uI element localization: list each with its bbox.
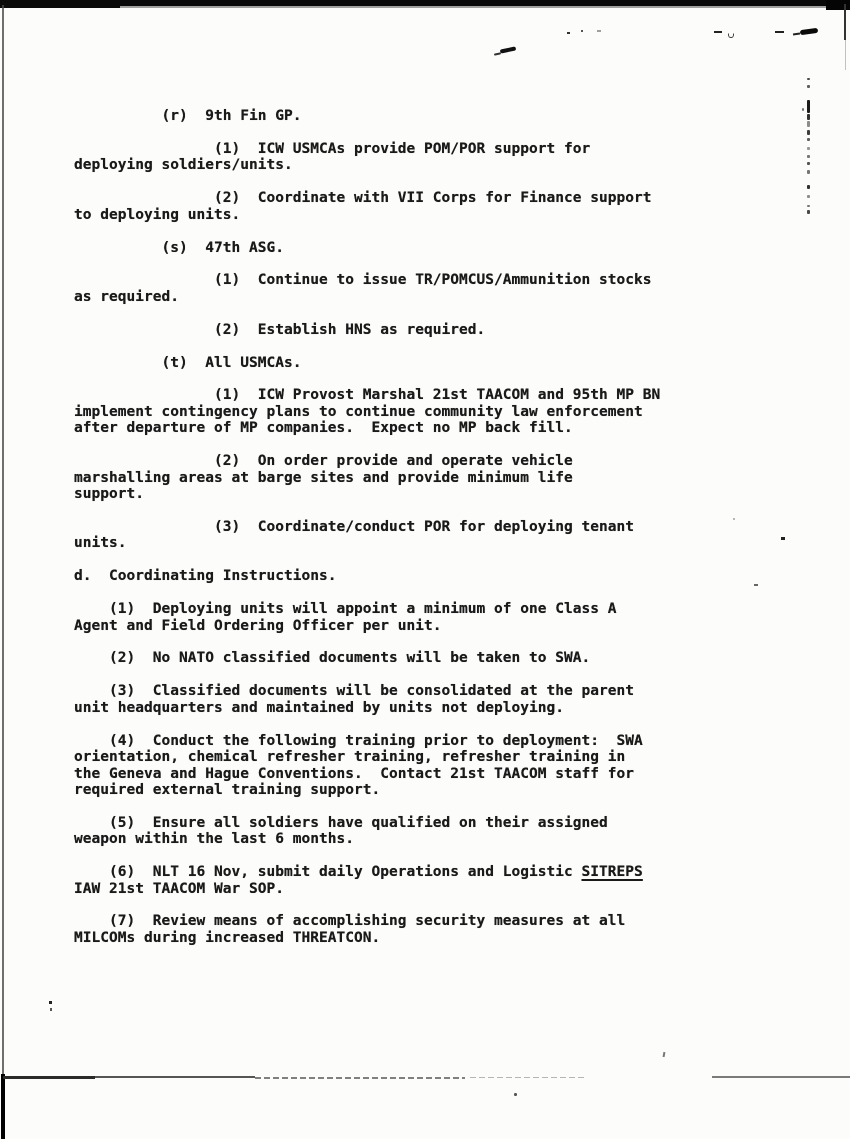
document-line: marshalling areas at barge sites and pro… [74,470,660,486]
line-text: IAW 21st TAACOM War SOP. [74,881,284,897]
scan-bottom-line-seg [712,1076,850,1078]
line-text: deploying soldiers/units. [74,157,293,173]
scan-speck [807,121,810,127]
line-text: marshalling areas at barge sites and pro… [74,470,573,486]
line-text: as required. [74,289,179,305]
document-line [74,223,660,239]
document-line: (4) Conduct the following training prior… [74,733,660,749]
scan-mark-swoosh-center [500,46,516,53]
line-text: orientation, chemical refresher training… [74,749,625,765]
document-line: (6) NLT 16 Nov, submit daily Operations … [74,864,660,880]
scan-speck [781,537,785,540]
document-line: unit headquarters and maintained by unit… [74,700,660,716]
scanned-document-page: (r) 9th Fin GP. (1) ICW USMCAs provide P… [0,0,850,1139]
line-text: required external training support. [74,782,380,798]
scan-speck [807,170,810,174]
scan-speck [807,100,810,113]
document-line [74,503,660,519]
line-text: weapon within the last 6 months. [74,831,354,847]
underlined-text: SITREPS [581,864,642,880]
document-text: (r) 9th Fin GP. (1) ICW USMCAs provide P… [74,108,660,946]
scan-bottom-line-seg [470,1077,585,1078]
document-line [74,371,660,387]
scan-speck [807,210,810,214]
document-line [74,848,660,864]
document-line: d. Coordinating Instructions. [74,568,660,584]
scan-speck [802,108,804,111]
scan-speck-dot [514,1093,517,1096]
line-text: after departure of MP companies. Expect … [74,420,573,436]
document-line: (s) 47th ASG. [74,240,660,256]
scan-top-bar-left-chunk [0,0,120,8]
scan-speck [807,78,810,80]
document-line: weapon within the last 6 months. [74,831,660,847]
document-line: (2) Establish HNS as required. [74,322,660,338]
scan-speck [807,185,810,189]
line-text: support. [74,486,144,502]
document-line: units. [74,535,660,551]
document-line: (1) Deploying units will appoint a minim… [74,601,660,617]
scan-mark-colon-bottom [50,1008,52,1011]
document-line: (3) Classified documents will be consoli… [74,683,660,699]
scan-left-border-bottom [1,1074,5,1139]
document-line [74,634,660,650]
scan-speck [754,584,758,586]
scan-mark-tick [663,1052,665,1057]
document-line: (5) Ensure all soldiers have qualified o… [74,815,660,831]
document-line [74,897,660,913]
line-text: units. [74,535,127,551]
document-line: MILCOMs during increased THREATCON. [74,930,660,946]
scan-mark-colon-top [49,1001,52,1004]
scan-left-border [2,5,4,1076]
document-line: implement contingency plans to continue … [74,404,660,420]
document-line: the Geneva and Hague Conventions. Contac… [74,766,660,782]
line-text: (t) All USMCAs. [74,355,302,371]
line-text: implement contingency plans to continue … [74,404,643,420]
scan-speck [807,155,810,158]
line-text: the Geneva and Hague Conventions. Contac… [74,766,634,782]
scan-speck-dot [597,30,601,32]
document-line: (1) ICW USMCAs provide POM/POR support f… [74,141,660,157]
document-line [74,124,660,140]
line-text: (1) ICW Provost Marshal 21st TAACOM and … [74,387,660,403]
document-line [74,305,660,321]
scan-mark-bold-dash [800,28,819,35]
scan-speck [807,205,810,207]
line-text: (2) Coordinate with VII Corps for Financ… [74,190,651,206]
document-line [74,552,660,568]
document-line: as required. [74,289,660,305]
scan-bottom-line-seg [95,1076,255,1078]
document-line [74,338,660,354]
line-text: (7) Review means of accomplishing securi… [74,913,625,929]
document-line: to deploying units. [74,207,660,223]
document-line: support. [74,486,660,502]
scan-right-border-top [844,4,846,40]
document-line [74,437,660,453]
line-text: (6) NLT 16 Nov, submit daily Operations … [74,864,581,880]
line-text: (2) No NATO classified documents will be… [74,650,590,666]
line-text: Agent and Field Ordering Officer per uni… [74,618,442,634]
scan-top-bar-right-chunk [826,0,850,10]
document-line [74,798,660,814]
line-text: (1) Continue to issue TR/POMCUS/Ammuniti… [74,272,651,288]
document-line [74,585,660,601]
document-line: (1) Continue to issue TR/POMCUS/Ammuniti… [74,272,660,288]
document-line: (2) No NATO classified documents will be… [74,650,660,666]
line-text: (1) ICW USMCAs provide POM/POR support f… [74,141,590,157]
document-line: (3) Coordinate/conduct POR for deploying… [74,519,660,535]
line-text: to deploying units. [74,207,240,223]
scan-speck-dot [567,32,570,34]
line-text: (1) Deploying units will appoint a minim… [74,601,616,617]
line-text: (s) 47th ASG. [74,240,284,256]
scan-speck [807,162,810,165]
scan-mark-u-shape [728,33,734,38]
scan-speck [807,130,810,135]
document-line: (2) Coordinate with VII Corps for Financ… [74,190,660,206]
scan-speck [807,114,810,120]
document-line: required external training support. [74,782,660,798]
scan-top-bar-fringe [0,6,850,8]
scan-mark-bold-dash-tail [793,33,800,36]
scan-mark-swoosh-center-tail [494,52,501,55]
document-line: orientation, chemical refresher training… [74,749,660,765]
document-line: (t) All USMCAs. [74,355,660,371]
scan-speck [733,518,735,520]
scan-speck [807,147,810,150]
document-line: after departure of MP companies. Expect … [74,420,660,436]
document-line: (r) 9th Fin GP. [74,108,660,124]
scan-speck [807,138,810,141]
line-text: (4) Conduct the following training prior… [74,733,643,749]
scan-bottom-line-seg [255,1077,465,1079]
line-text: MILCOMs during increased THREATCON. [74,930,380,946]
document-line: (2) On order provide and operate vehicle [74,453,660,469]
document-line: IAW 21st TAACOM War SOP. [74,881,660,897]
scan-speck [807,85,810,88]
line-text: d. Coordinating Instructions. [74,568,337,584]
document-line: (1) ICW Provost Marshal 21st TAACOM and … [74,387,660,403]
scan-speck-dot [581,30,583,32]
line-text: (5) Ensure all soldiers have qualified o… [74,815,608,831]
line-text: (3) Classified documents will be consoli… [74,683,634,699]
scan-mark-dash [775,31,784,33]
line-text: (2) Establish HNS as required. [74,322,485,338]
document-line [74,716,660,732]
line-text: (r) 9th Fin GP. [74,108,302,124]
document-line [74,667,660,683]
line-text: (2) On order provide and operate vehicle [74,453,573,469]
scan-right-border-faint [845,40,846,70]
document-line: (7) Review means of accomplishing securi… [74,913,660,929]
line-text: (3) Coordinate/conduct POR for deploying… [74,519,634,535]
line-text: unit headquarters and maintained by unit… [74,700,564,716]
scan-bottom-line-seg [3,1076,95,1079]
document-line [74,174,660,190]
document-line: Agent and Field Ordering Officer per uni… [74,618,660,634]
scan-speck [807,195,810,198]
scan-mark-dash [714,31,722,33]
scan-top-bar [0,0,850,6]
document-line: deploying soldiers/units. [74,157,660,173]
document-line [74,256,660,272]
